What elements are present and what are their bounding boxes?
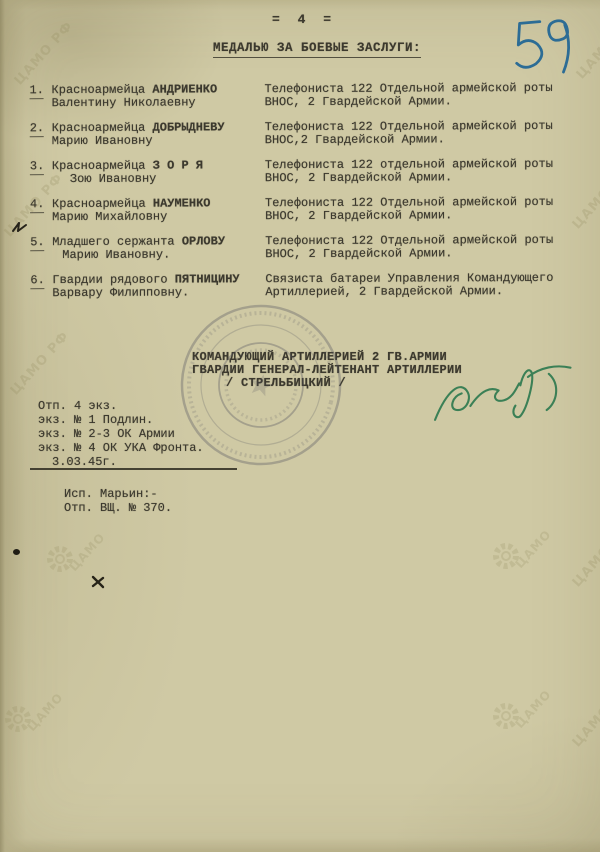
entry-given-name: Валентину Николаевну [52, 96, 265, 110]
camo-watermark-cluster: ЦАМО [490, 540, 580, 590]
entry-description: Артиллерией, 2 Гвардейской Армии. [265, 285, 575, 299]
ink-dot-mark [13, 549, 20, 555]
print-number-line: Отп. ВЩ. № 370. [64, 501, 172, 515]
handwritten-signature [424, 356, 592, 440]
camo-watermark-cluster: ЦАМО [2, 703, 92, 753]
document-title: МЕДАЛЬЮ ЗА БОЕВЫЕ ЗАСЛУГИ: [213, 41, 421, 58]
ink-x-mark [90, 574, 106, 590]
award-entry: 2. Красноармейца ДОБРЫДНЕВУ Марию Иванов… [30, 120, 575, 148]
award-entry: 1. Красноармейца АНДРИЕНКО Валентину Ник… [30, 82, 575, 110]
entry-given-name: Марию Ивановну [52, 134, 265, 148]
award-entry: 3. Красноармейца З О Р Я Зою Ивановну Те… [30, 158, 575, 186]
typed-page-number: = 4 = [272, 12, 336, 27]
camo-rf-watermark: ЦАМО РФ [12, 19, 77, 89]
handwritten-page-number [501, 11, 584, 82]
entry-given-name: Зою Ивановну [52, 172, 265, 186]
executor-line: Исп. Марьин:- [64, 487, 172, 501]
entry-number: 3. [30, 159, 44, 175]
award-entry: 5. Младшего сержанта ОРЛОВУ Марию Иванов… [30, 234, 575, 262]
distribution-line: экз. № 4 ОК УКА Фронта. [38, 441, 204, 455]
entry-description: ВНОС, 2 Гвардейской Армии. [265, 209, 575, 223]
award-entries: 1. Красноармейца АНДРИЕНКО Валентину Ник… [30, 82, 576, 312]
entry-given-name: Марию Михайловну [52, 210, 265, 224]
distribution-list: Отп. 4 экз. экз. № 1 Подлин. экз. № 2-3 … [38, 399, 204, 469]
entry-number: 6. [30, 273, 44, 289]
entry-description: ВНОС,2 Гвардейской Армии. [265, 133, 575, 147]
camo-watermark-cluster: ЦАМО [44, 543, 134, 593]
distribution-line: Отп. 4 экз. [38, 399, 204, 413]
distribution-line: экз. № 2-3 ОК Армии [38, 427, 204, 441]
entry-given-name: Марию Ивановну. [52, 248, 265, 262]
camo-rf-watermark: ЦАМО РФ [8, 329, 73, 399]
entry-number: 2. [30, 121, 44, 137]
document-page: ЦАМО РФ ЦАМО РФ ЦАМО РФ ЦАМО РФ ЦАМО РФ … [0, 0, 600, 852]
document-date: 3.03.45г. [38, 455, 204, 469]
executor-block: Исп. Марьин:- Отп. ВЩ. № 370. [64, 487, 172, 515]
entry-description: ВНОС, 2 Гвардейской Армии. [265, 247, 575, 261]
entry-number: 1. [30, 83, 44, 99]
horizontal-rule [30, 468, 237, 470]
entry-description: ВНОС, 2 Гвардейской Армии. [265, 171, 575, 185]
ink-tick-mark [11, 220, 29, 236]
award-entry: 6. Гвардии рядового ПЯТНИЦИНУ Варвару Фи… [30, 272, 575, 300]
entry-number: 4. [30, 197, 44, 213]
entry-description: ВНОС, 2 Гвардейской Армии. [265, 95, 575, 109]
distribution-line: экз. № 1 Подлин. [38, 413, 204, 427]
camo-watermark-cluster: ЦАМО [490, 700, 580, 750]
entry-number: 5. [30, 235, 44, 251]
award-entry: 4. Красноармейца НАУМЕНКО Марию Михайлов… [30, 196, 575, 224]
